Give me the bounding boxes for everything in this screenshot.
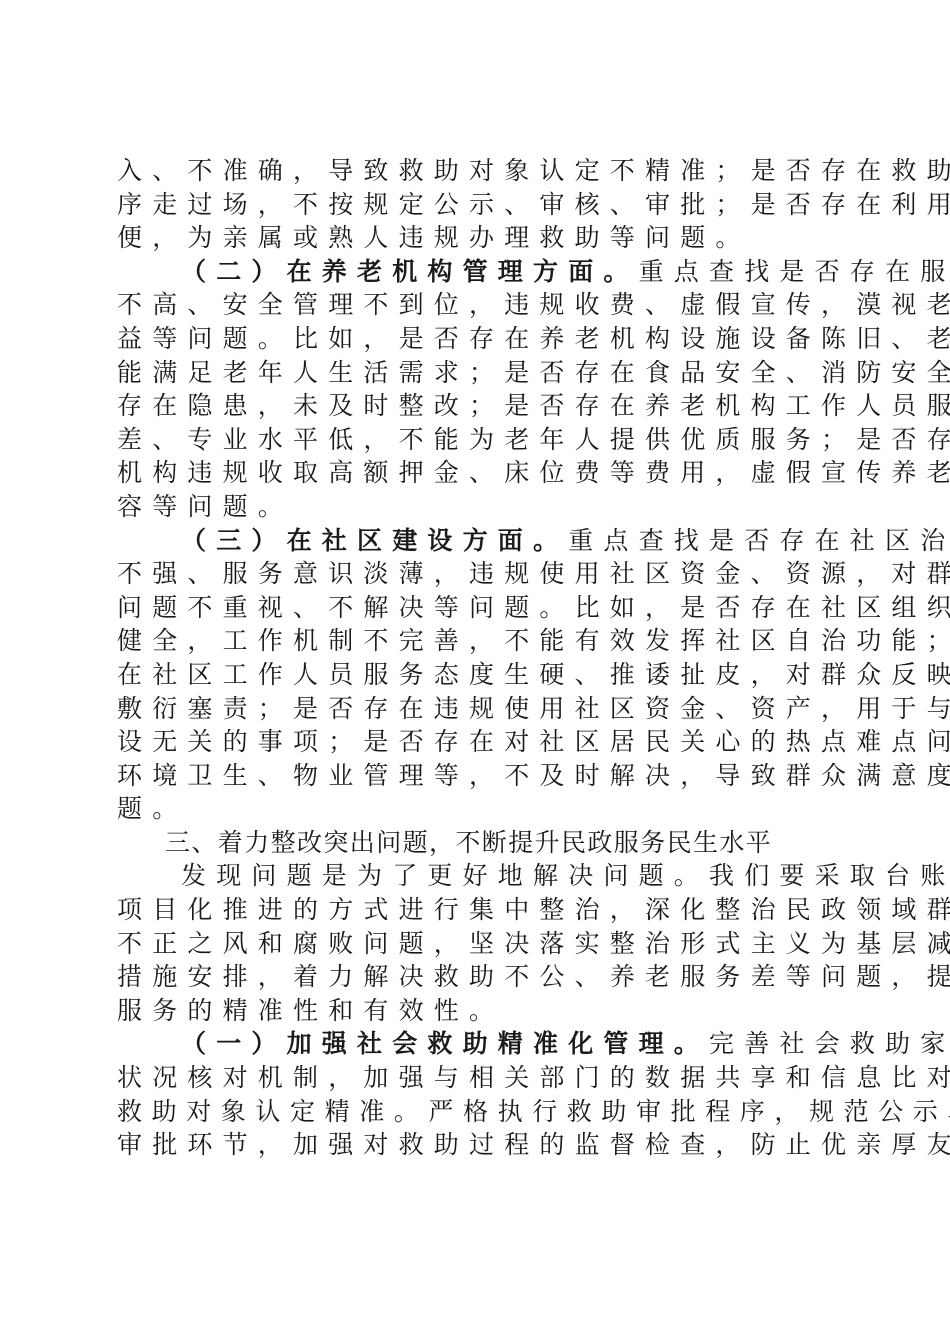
text-line: （一）加强社会救助精准化管理。完善社会救助家庭经济 xyxy=(117,1027,837,1061)
text-line: 状况核对机制，加强与相关部门的数据共享和信息比对，确保 xyxy=(117,1061,837,1095)
text-run: 重点查找是否存在社区治理能力 xyxy=(568,526,950,555)
subsection-lead: （三）在社区建设方面。 xyxy=(181,526,568,555)
text-line: 健全，工作机制不完善，不能有效发挥社区自治功能；是否存 xyxy=(117,624,837,658)
text-line: 入、不准确，导致救助对象认定不精准；是否存在救助审批程 xyxy=(117,154,837,188)
text-line: 序走过场，不按规定公示、审核、审批；是否存在利用职务之 xyxy=(117,188,837,222)
text-line: 差、专业水平低，不能为老年人提供优质服务；是否存在养老 xyxy=(117,423,837,457)
text-line: 服务的精准性和有效性。 xyxy=(117,994,837,1028)
paragraph-community: （三）在社区建设方面。重点查找是否存在社区治理能力 不强、服务意识淡薄，违规使用… xyxy=(117,524,837,826)
text-line: 容等问题。 xyxy=(117,490,837,524)
paragraph-section-intro: 发现问题是为了更好地解决问题。我们要采取台账式管理 项目化推进的方式进行集中整治… xyxy=(117,859,837,1027)
text-line: 不高、安全管理不到位，违规收费、虚假宣传，漠视老年人权 xyxy=(117,288,837,322)
text-run: 完善社会救助家庭经济 xyxy=(709,1029,950,1058)
text-line: 机构违规收取高额押金、床位费等费用，虚假宣传养老服务内 xyxy=(117,456,837,490)
text-line: 救助对象认定精准。严格执行救助审批程序，规范公示、审核、 xyxy=(117,1095,837,1129)
text-line: 不强、服务意识淡薄，违规使用社区资金、资源，对群众反映 xyxy=(117,557,837,591)
text-line: 便，为亲属或熟人违规办理救助等问题。 xyxy=(117,221,837,255)
text-line: 不正之风和腐败问题，坚决落实整治形式主义为基层减负部署 xyxy=(117,927,837,961)
text-line: 敷衍塞责；是否存在违规使用社区资金、资产，用于与社区建 xyxy=(117,692,837,726)
subsection-lead: （二）在养老机构管理方面。 xyxy=(181,257,639,286)
paragraph-elderly-care: （二）在养老机构管理方面。重点查找是否存在服务质量 不高、安全管理不到位，违规收… xyxy=(117,255,837,524)
text-line: 能满足老年人生活需求；是否存在食品安全、消防安全等方面 xyxy=(117,356,837,390)
text-line: （二）在养老机构管理方面。重点查找是否存在服务质量 xyxy=(117,255,837,289)
subsection-lead: （一）加强社会救助精准化管理。 xyxy=(181,1029,709,1058)
text-line: 设无关的事项；是否存在对社区居民关心的热点难点问题，如 xyxy=(117,725,837,759)
text-line: 环境卫生、物业管理等，不及时解决，导致群众满意度低等问 xyxy=(117,759,837,793)
text-line: 在社区工作人员服务态度生硬、推诿扯皮，对群众反映的问题 xyxy=(117,658,837,692)
paragraph-relief-continuation: 入、不准确，导致救助对象认定不精准；是否存在救助审批程 序走过场，不按规定公示、… xyxy=(117,154,837,255)
section-heading: 三、着力整改突出问题，不断提升民政服务民生水平 xyxy=(117,826,837,860)
text-run: 重点查找是否存在服务质量 xyxy=(639,257,950,286)
text-line: 审批环节，加强对救助过程的监督检查，防止优亲厚友、吃拿 xyxy=(117,1128,837,1162)
text-line: 存在隐患，未及时整改；是否存在养老机构工作人员服务态度 xyxy=(117,389,837,423)
text-line: 题。 xyxy=(117,792,837,826)
text-line: 项目化推进的方式进行集中整治，深化整治民政领域群众身边 xyxy=(117,893,837,927)
text-line: 措施安排，着力解决救助不公、养老服务差等问题，提高民政 xyxy=(117,960,837,994)
document-page: 入、不准确，导致救助对象认定不精准；是否存在救助审批程 序走过场，不按规定公示、… xyxy=(117,154,837,1162)
text-line: 发现问题是为了更好地解决问题。我们要采取台账式管理 xyxy=(117,859,837,893)
paragraph-social-relief: （一）加强社会救助精准化管理。完善社会救助家庭经济 状况核对机制，加强与相关部门… xyxy=(117,1027,837,1161)
text-line: 益等问题。比如，是否存在养老机构设施设备陈旧、老化，不 xyxy=(117,322,837,356)
text-line: 问题不重视、不解决等问题。比如，是否存在社区组织架构不 xyxy=(117,591,837,625)
section-heading-text: 三、着力整改突出问题，不断提升民政服务民生水平 xyxy=(117,826,837,860)
text-line: （三）在社区建设方面。重点查找是否存在社区治理能力 xyxy=(117,524,837,558)
